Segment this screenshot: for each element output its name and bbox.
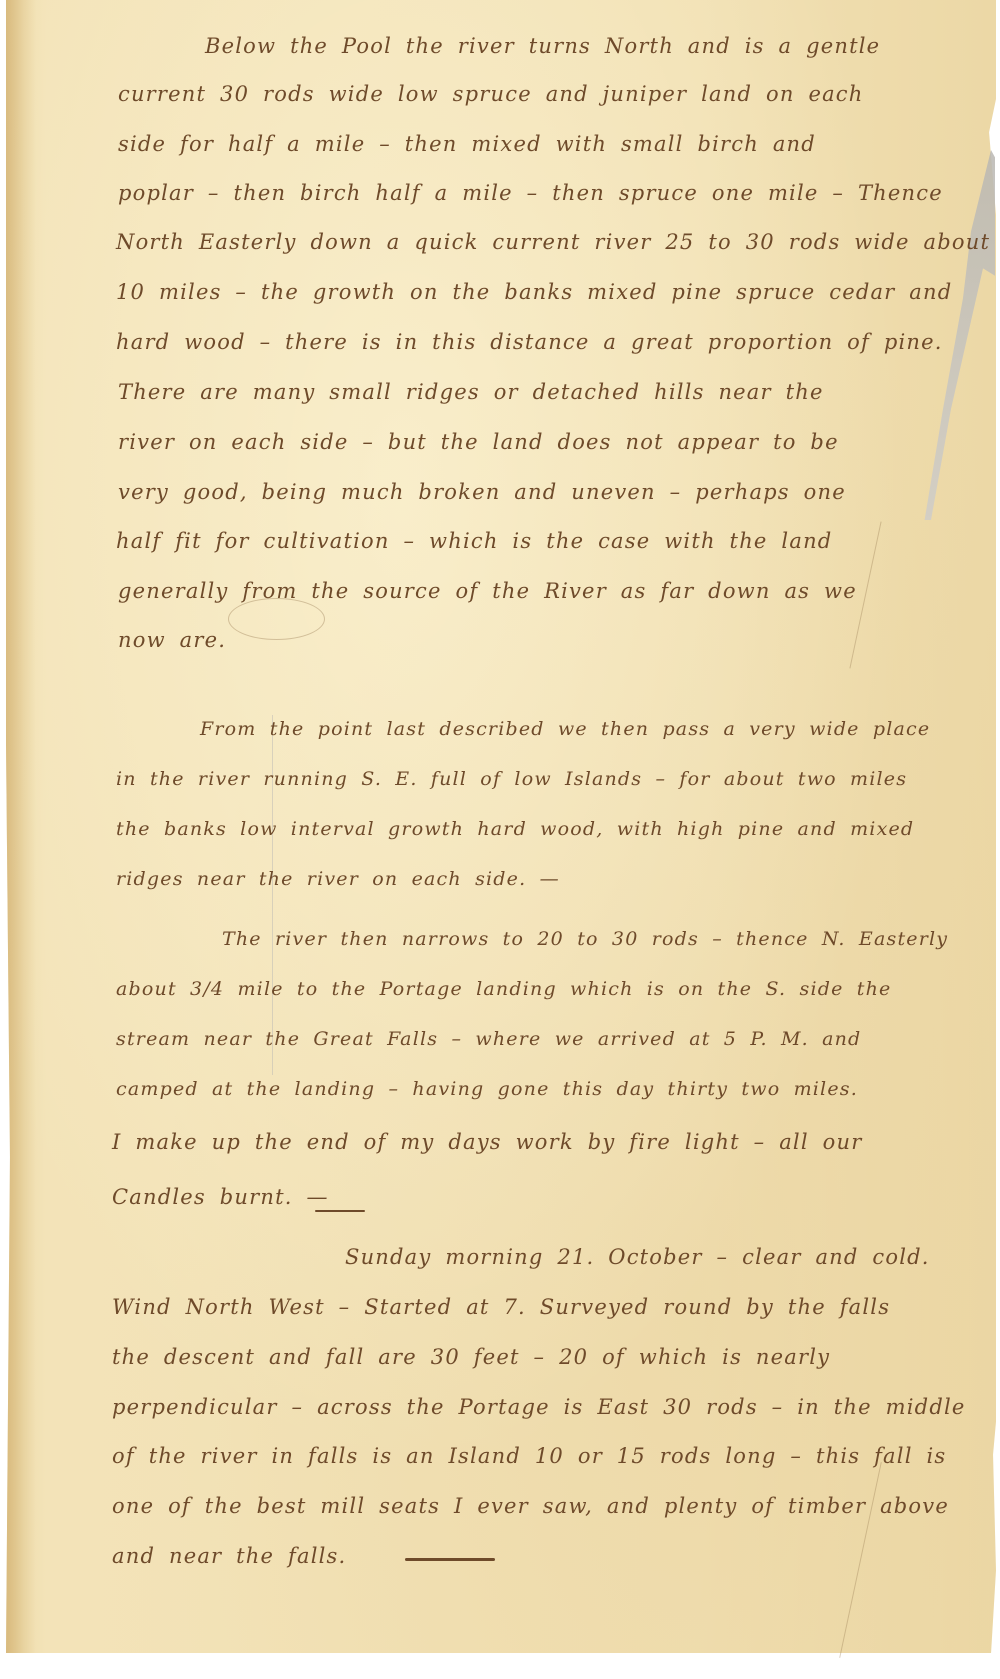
manuscript-text: Below the Pool the river turns North and… xyxy=(0,0,1000,1679)
text-line: The river then narrows to 20 to 30 rods … xyxy=(222,928,948,950)
end-flourish xyxy=(405,1558,495,1561)
text-line: side for half a mile – then mixed with s… xyxy=(118,132,816,156)
text-line: Candles burnt. — xyxy=(112,1185,329,1209)
text-line: now are. xyxy=(118,628,226,652)
text-line: in the river running S. E. full of low I… xyxy=(116,768,907,790)
text-line: one of the best mill seats I ever saw, a… xyxy=(112,1494,949,1518)
text-line: poplar – then birch half a mile – then s… xyxy=(118,181,943,205)
text-line: North Easterly down a quick current rive… xyxy=(116,230,990,254)
text-line: and near the falls. xyxy=(112,1544,346,1568)
text-line: half fit for cultivation – which is the … xyxy=(116,529,832,553)
text-line: camped at the landing – having gone this… xyxy=(116,1078,858,1100)
text-line: hard wood – there is in this distance a … xyxy=(116,330,943,354)
text-line: There are many small ridges or detached … xyxy=(118,380,824,404)
text-line: Sunday morning 21. October – clear and c… xyxy=(345,1245,930,1269)
end-flourish xyxy=(315,1210,365,1212)
text-line: the banks low interval growth hard wood,… xyxy=(116,818,914,840)
text-line: stream near the Great Falls – where we a… xyxy=(116,1028,861,1050)
text-line: generally from the source of the River a… xyxy=(118,579,857,603)
text-line: very good, being much broken and uneven … xyxy=(118,480,846,504)
text-line: river on each side – but the land does n… xyxy=(118,430,839,454)
text-line: perpendicular – across the Portage is Ea… xyxy=(112,1395,966,1419)
text-line: 10 miles – the growth on the banks mixed… xyxy=(116,280,952,304)
text-line: current 30 rods wide low spruce and juni… xyxy=(118,82,863,106)
text-line: I make up the end of my days work by fir… xyxy=(112,1130,862,1154)
text-line: about 3/4 mile to the Portage landing wh… xyxy=(116,978,892,1000)
text-line: of the river in falls is an Island 10 or… xyxy=(112,1444,946,1468)
text-line: From the point last described we then pa… xyxy=(200,718,930,740)
text-line: Below the Pool the river turns North and… xyxy=(205,34,880,58)
text-line: Wind North West – Started at 7. Surveyed… xyxy=(112,1295,890,1319)
text-line: the descent and fall are 30 feet – 20 of… xyxy=(112,1345,830,1369)
text-line: ridges near the river on each side. — xyxy=(116,868,560,890)
